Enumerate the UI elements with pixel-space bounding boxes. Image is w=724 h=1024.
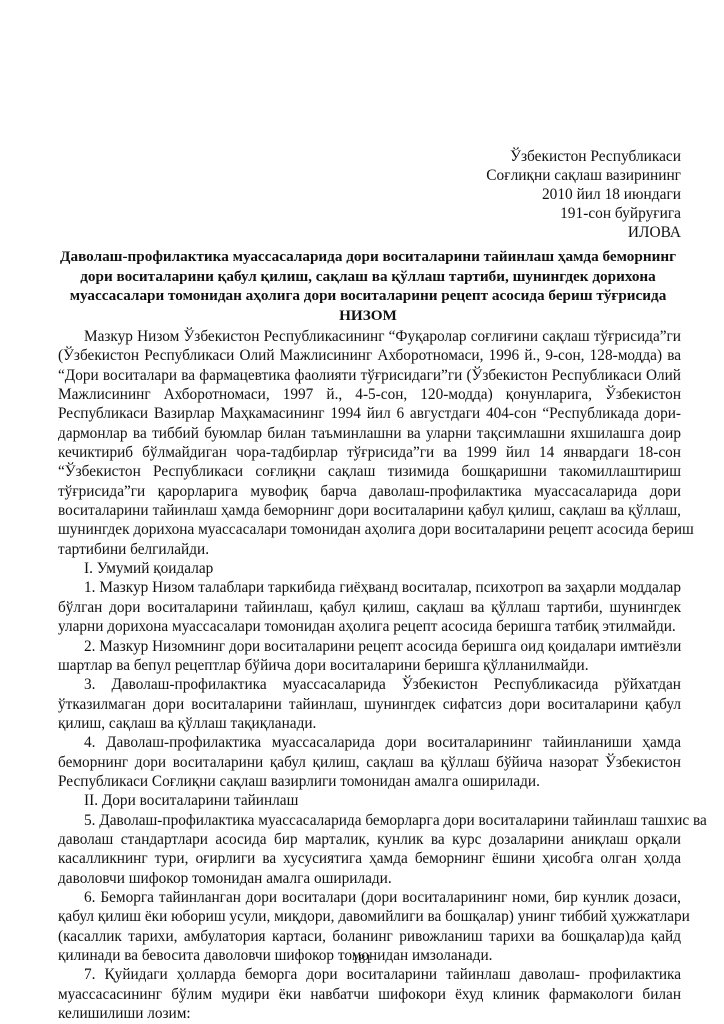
document-title: Даволаш-профилактика муассасаларида дори…	[58, 247, 678, 325]
text-line: қилиш, сақлаш ва қўллаш тақиқланади.	[58, 714, 681, 733]
preamble-paragraph: Мазкур Низом Ўзбекистон Республикасининг…	[58, 327, 681, 559]
text-line: 1. Мазкур Низом талаблари таркибида гиёҳ…	[58, 578, 681, 597]
text-line: тартибини белгилайди.	[58, 540, 681, 559]
addressee-line: ИЛОВА	[486, 223, 681, 242]
text-line: “Ўзбекистон Республикаси соғлиқни сақлаш…	[58, 462, 681, 481]
text-line: келишилиши лозим:	[58, 1004, 681, 1023]
text-line: Республикаси Соғлиқни сақлаш вазирлиги т…	[58, 772, 681, 791]
text-line: касалликнинг тури, оғирлиги ва хусусияти…	[58, 849, 681, 868]
text-line: 3. Даволаш-профилактика муассасаларида Ў…	[58, 675, 681, 694]
paragraph-item-3: 3. Даволаш-профилактика муассасаларида Ў…	[58, 675, 681, 733]
text-line: қабул қилиш ёки юбориш усули, миқдори, д…	[58, 907, 681, 926]
addressee-line: Соғлиқни сақлаш вазирининг	[486, 166, 681, 185]
paragraph-item-2: 2. Мазкур Низомнинг дори воситаларини ре…	[58, 637, 681, 676]
text-line: шунингдек дорихона муассасалари томонида…	[58, 520, 681, 539]
addressee-line: 2010 йил 18 июндаги	[486, 185, 681, 204]
text-line: дармонлар ва тиббий буюмлар билан таъмин…	[58, 424, 681, 443]
title-line: Даволаш-профилактика муассасаларида дори…	[58, 247, 678, 267]
document-body: Мазкур Низом Ўзбекистон Республикасининг…	[58, 327, 681, 1023]
text-line: (касаллик тарихи, амбулатория картаси, б…	[58, 927, 681, 946]
text-line: тўғрисида”ги қарорларига мувофиқ барча д…	[58, 482, 681, 501]
text-line: воситаларини тайинлаш ҳамда беморнинг до…	[58, 501, 681, 520]
text-line: Мажлисининг Ахборотномаси, 1997 й., 4-5-…	[58, 385, 681, 404]
text-line: “Дори воситалари ва фармацевтика фаолият…	[58, 366, 681, 385]
text-line: муассасасининг бўлим мудири ёки навбатчи…	[58, 985, 681, 1004]
paragraph-item-4: 4. Даволаш-профилактика муассасаларида д…	[58, 733, 681, 791]
text-line: кечиктириб бўлмайдиган чора-тадбирлар тў…	[58, 443, 681, 462]
text-line: шартлар ва бепул рецептлар бўйича дори в…	[58, 656, 681, 675]
text-line: ўтказилмаган дори воситаларини тайинлаш,…	[58, 695, 681, 714]
addressee-block: Ўзбекистон Республикаси Соғлиқни сақлаш …	[486, 147, 681, 242]
text-line: даволаш стандартлари асосида бир мартали…	[58, 830, 681, 849]
text-line: Мазкур Низом Ўзбекистон Республикасининг…	[58, 327, 681, 346]
title-line: дори воситаларини қабул қилиш, сақлаш ва…	[58, 267, 678, 287]
text-line: (Ўзбекистон Республикаси Олий Мажлисинин…	[58, 346, 681, 365]
text-line: 5. Даволаш-профилактика муассасаларида б…	[58, 811, 681, 830]
paragraph-item-5: 5. Даволаш-профилактика муассасаларида б…	[58, 811, 681, 888]
section-heading-prescribing: II. Дори воситаларини тайинлаш	[58, 791, 681, 810]
text-line: Республикаси Вазирлар Маҳкамасининг 1994…	[58, 404, 681, 423]
section-heading-general: I. Умумий қоидалар	[58, 559, 681, 578]
text-line: даволовчи шифокор томонидан амалга ошири…	[58, 869, 681, 888]
text-line: бўлган дори воситаларини тайинлаш, қабул…	[58, 598, 681, 617]
text-line: 4. Даволаш-профилактика муассасаларида д…	[58, 733, 681, 752]
document-page: Ўзбекистон Республикаси Соғлиқни сақлаш …	[0, 0, 724, 1024]
paragraph-item-7: 7. Қуйидаги ҳолларда беморга дори восита…	[58, 965, 681, 1023]
addressee-line: 191-сон буйруғига	[486, 204, 681, 223]
text-line: 6. Беморга тайинланган дори воситалари (…	[58, 888, 681, 907]
text-line: уларни дорихона муассасалари томонидан а…	[58, 617, 681, 636]
title-line: муассасалари томонидан аҳолига дори воси…	[58, 286, 678, 306]
text-line: беморнинг дори воситаларини қабул қилиш,…	[58, 753, 681, 772]
paragraph-item-1: 1. Мазкур Низом талаблари таркибида гиёҳ…	[58, 578, 681, 636]
addressee-line: Ўзбекистон Республикаси	[486, 147, 681, 166]
text-line: 7. Қуйидаги ҳолларда беморга дори восита…	[58, 965, 681, 984]
page-number: 181	[0, 951, 724, 967]
text-line: 2. Мазкур Низомнинг дори воситаларини ре…	[58, 637, 681, 656]
title-line: НИЗОМ	[58, 306, 678, 326]
